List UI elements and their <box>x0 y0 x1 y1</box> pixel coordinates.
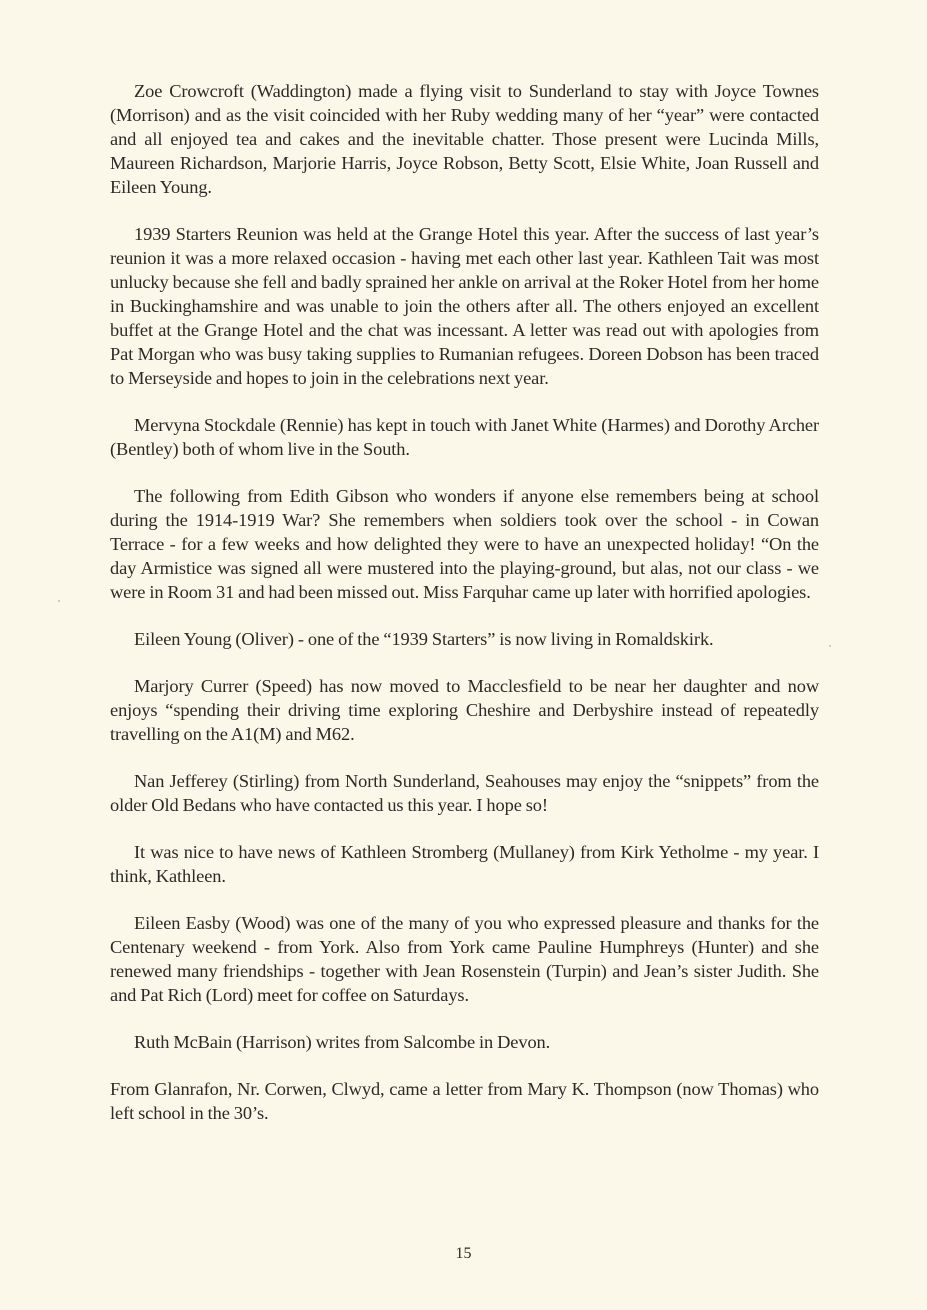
paragraph-mary-thompson: From Glanrafon, Nr. Corwen, Clwyd, came … <box>110 1077 819 1125</box>
paper-speck <box>58 600 60 602</box>
paper-speck <box>829 645 831 647</box>
paragraph-edith-gibson: The following from Edith Gibson who wond… <box>110 484 819 604</box>
paragraph-stockdale: Mervyna Stockdale (Rennie) has kept in t… <box>110 413 819 461</box>
paragraph-crowcroft-visit: Zoe Crowcroft (Waddington) made a flying… <box>110 79 819 199</box>
paragraph-eileen-young: Eileen Young (Oliver) - one of the “1939… <box>110 627 819 651</box>
paragraph-1939-starters-reunion: 1939 Starters Reunion was held at the Gr… <box>110 222 819 390</box>
paragraph-marjory-currer: Marjory Currer (Speed) has now moved to … <box>110 674 819 746</box>
paragraph-nan-jefferey: Nan Jefferey (Stirling) from North Sunde… <box>110 769 819 817</box>
paragraph-eileen-easby: Eileen Easby (Wood) was one of the many … <box>110 911 819 1007</box>
page-number: 15 <box>0 1245 927 1263</box>
page-body: Zoe Crowcroft (Waddington) made a flying… <box>110 79 819 1148</box>
paragraph-ruth-mcbain: Ruth McBain (Harrison) writes from Salco… <box>110 1030 819 1054</box>
paragraph-kathleen-stromberg: It was nice to have news of Kathleen Str… <box>110 840 819 888</box>
